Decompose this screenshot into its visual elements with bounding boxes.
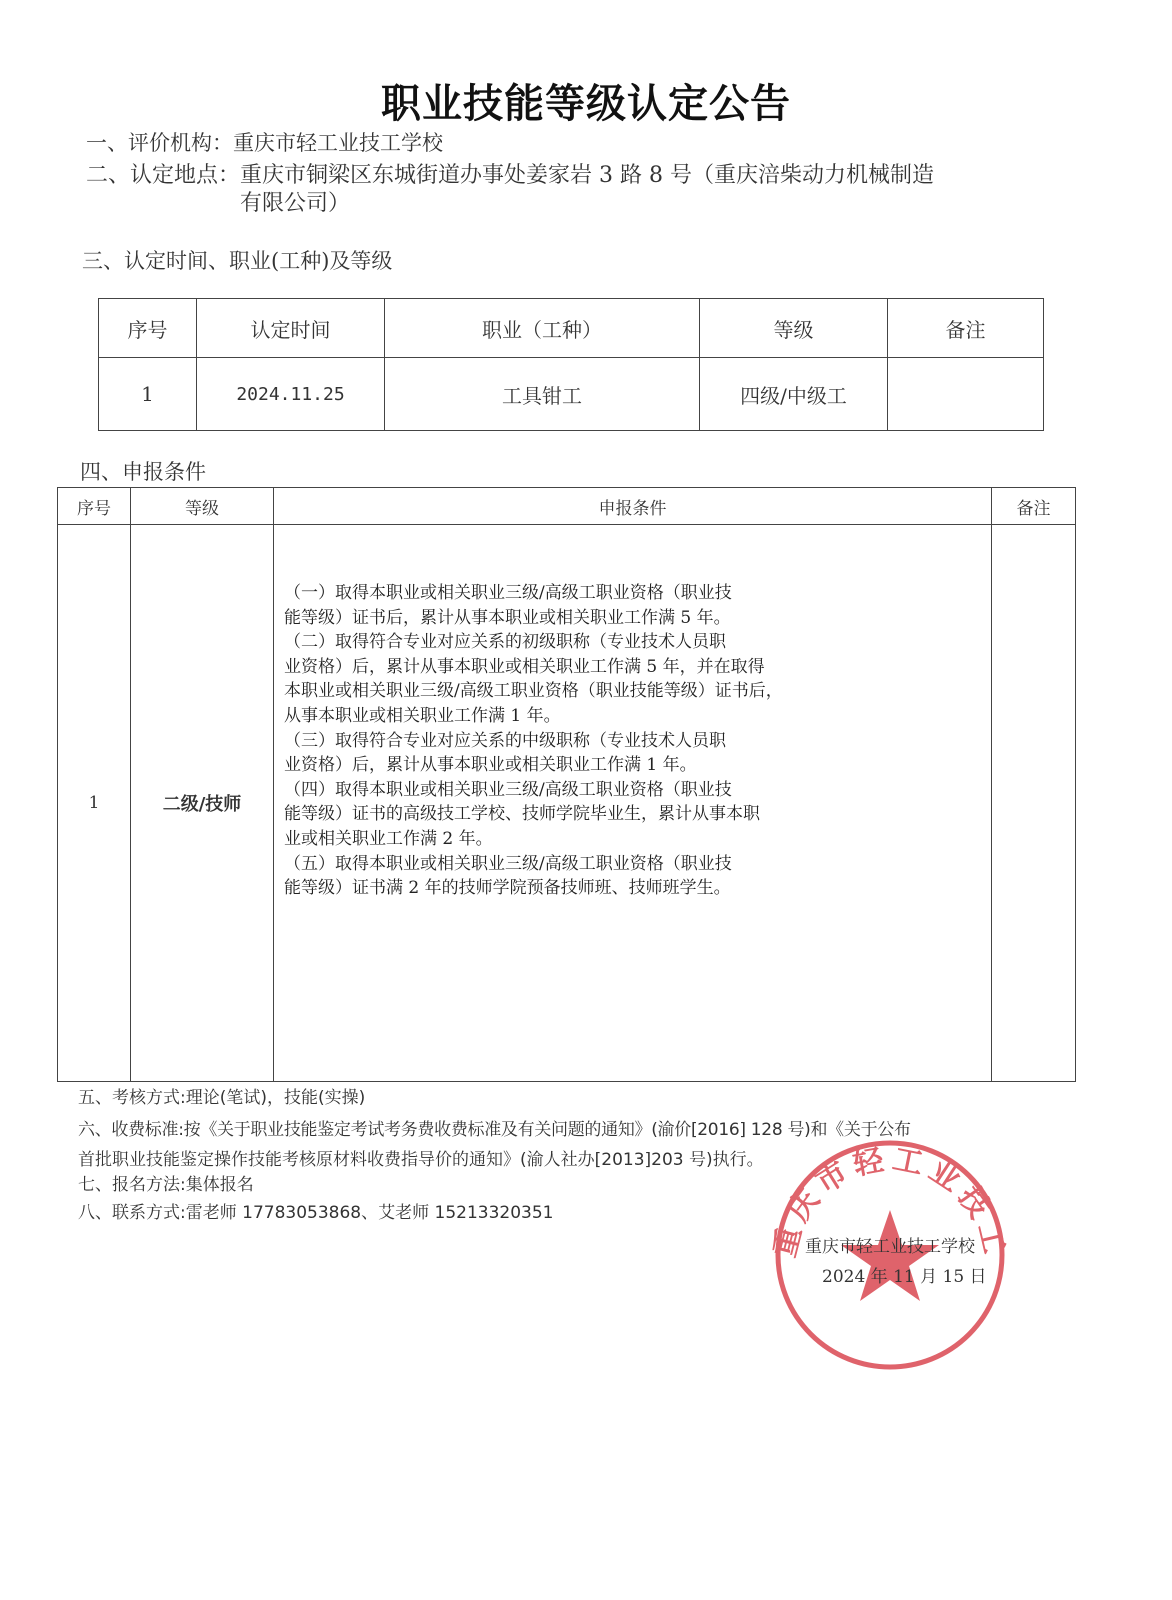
cell-no: 1 [58, 525, 131, 1082]
header-occupation: 职业（工种） [385, 299, 700, 358]
section-location-cont: 有限公司） [240, 186, 350, 217]
condition-line: （三）取得符合专业对应关系的中级职称（专业技术人员职 [284, 729, 991, 754]
section-assessment-method: 五、考核方式:理论(笔试)，技能(实操) [78, 1083, 365, 1108]
condition-line: （五）取得本职业或相关职业三级/高级工职业资格（职业技 [284, 852, 991, 877]
header-level: 等级 [131, 488, 274, 525]
header-remark: 备注 [992, 488, 1076, 525]
application-conditions-table: 序号 等级 申报条件 备注 1 二级/技师 （一）取得本职业或相关职业三级/高级… [57, 487, 1076, 1082]
section-location: 二、认定地点：重庆市铜梁区东城街道办事处姜家岩 3 路 8 号（重庆涪柴动力机械… [86, 158, 934, 189]
cell-no: 1 [99, 358, 197, 431]
cell-occupation: 工具钳工 [385, 358, 700, 431]
cell-remark [888, 358, 1044, 431]
section-label: 一、评价机构： [86, 131, 233, 155]
condition-line: 业资格）后，累计从事本职业或相关职业工作满 1 年。 [284, 753, 991, 778]
condition-line: 业资格）后，累计从事本职业或相关职业工作满 5 年，并在取得 [284, 655, 991, 680]
page-title: 职业技能等级认定公告 [0, 72, 1172, 129]
condition-line: 业或相关职业工作满 2 年。 [284, 827, 991, 852]
section-value: 重庆市铜梁区东城街道办事处姜家岩 3 路 8 号（重庆涪柴动力机械制造 [240, 163, 934, 188]
condition-line: 能等级）证书满 2 年的技师学院预备技师班、技师班学生。 [284, 876, 991, 901]
table-row: 1 2024.11.25 工具钳工 四级/中级工 [99, 358, 1044, 431]
section-evaluation-org: 一、评价机构：重庆市轻工业技工学校 [86, 127, 443, 157]
header-no: 序号 [99, 299, 197, 358]
cell-conditions: （一）取得本职业或相关职业三级/高级工职业资格（职业技 能等级）证书后，累计从事… [274, 525, 992, 1082]
section-time-occupation-level: 三、认定时间、职业(工种)及等级 [82, 245, 392, 275]
table-header-row: 序号 认定时间 职业（工种） 等级 备注 [99, 299, 1044, 358]
signature-date: 2024 年 11 月 15 日 [822, 1262, 987, 1287]
section-label: 二、认定地点： [86, 163, 240, 188]
header-conditions: 申报条件 [274, 488, 992, 525]
header-level: 等级 [700, 299, 888, 358]
cell-level: 二级/技师 [131, 525, 274, 1082]
section-contact: 八、联系方式:雷老师 17783053868、艾老师 15213320351 [78, 1198, 554, 1223]
condition-line: 本职业或相关职业三级/高级工职业资格（职业技能等级）证书后， [284, 679, 991, 704]
cell-date: 2024.11.25 [197, 358, 385, 431]
header-date: 认定时间 [197, 299, 385, 358]
condition-line: 能等级）证书后，累计从事本职业或相关职业工作满 5 年。 [284, 606, 991, 631]
condition-line: 能等级）证书的高级技工学校、技师学院毕业生，累计从事本职 [284, 802, 991, 827]
table-row: 1 二级/技师 （一）取得本职业或相关职业三级/高级工职业资格（职业技 能等级）… [58, 525, 1076, 1082]
signature-organization: 重庆市轻工业技工学校 [805, 1232, 975, 1257]
header-no: 序号 [58, 488, 131, 525]
table-header-row: 序号 等级 申报条件 备注 [58, 488, 1076, 525]
section-registration: 七、报名方法:集体报名 [78, 1170, 254, 1195]
cell-remark [992, 525, 1076, 1082]
condition-line: （二）取得符合专业对应关系的初级职称（专业技术人员职 [284, 630, 991, 655]
certification-schedule-table: 序号 认定时间 职业（工种） 等级 备注 1 2024.11.25 工具钳工 四… [98, 298, 1044, 431]
header-remark: 备注 [888, 299, 1044, 358]
condition-line: （四）取得本职业或相关职业三级/高级工职业资格（职业技 [284, 778, 991, 803]
condition-line: （一）取得本职业或相关职业三级/高级工职业资格（职业技 [284, 581, 991, 606]
section-fee-standard-cont: 首批职业技能鉴定操作技能考核原材料收费指导价的通知》(渝人社办[2013]203… [78, 1145, 764, 1170]
section-application-conditions: 四、申报条件 [80, 456, 206, 486]
section-value: 重庆市轻工业技工学校 [233, 131, 443, 155]
condition-line: 从事本职业或相关职业工作满 1 年。 [284, 704, 991, 729]
cell-level: 四级/中级工 [700, 358, 888, 431]
